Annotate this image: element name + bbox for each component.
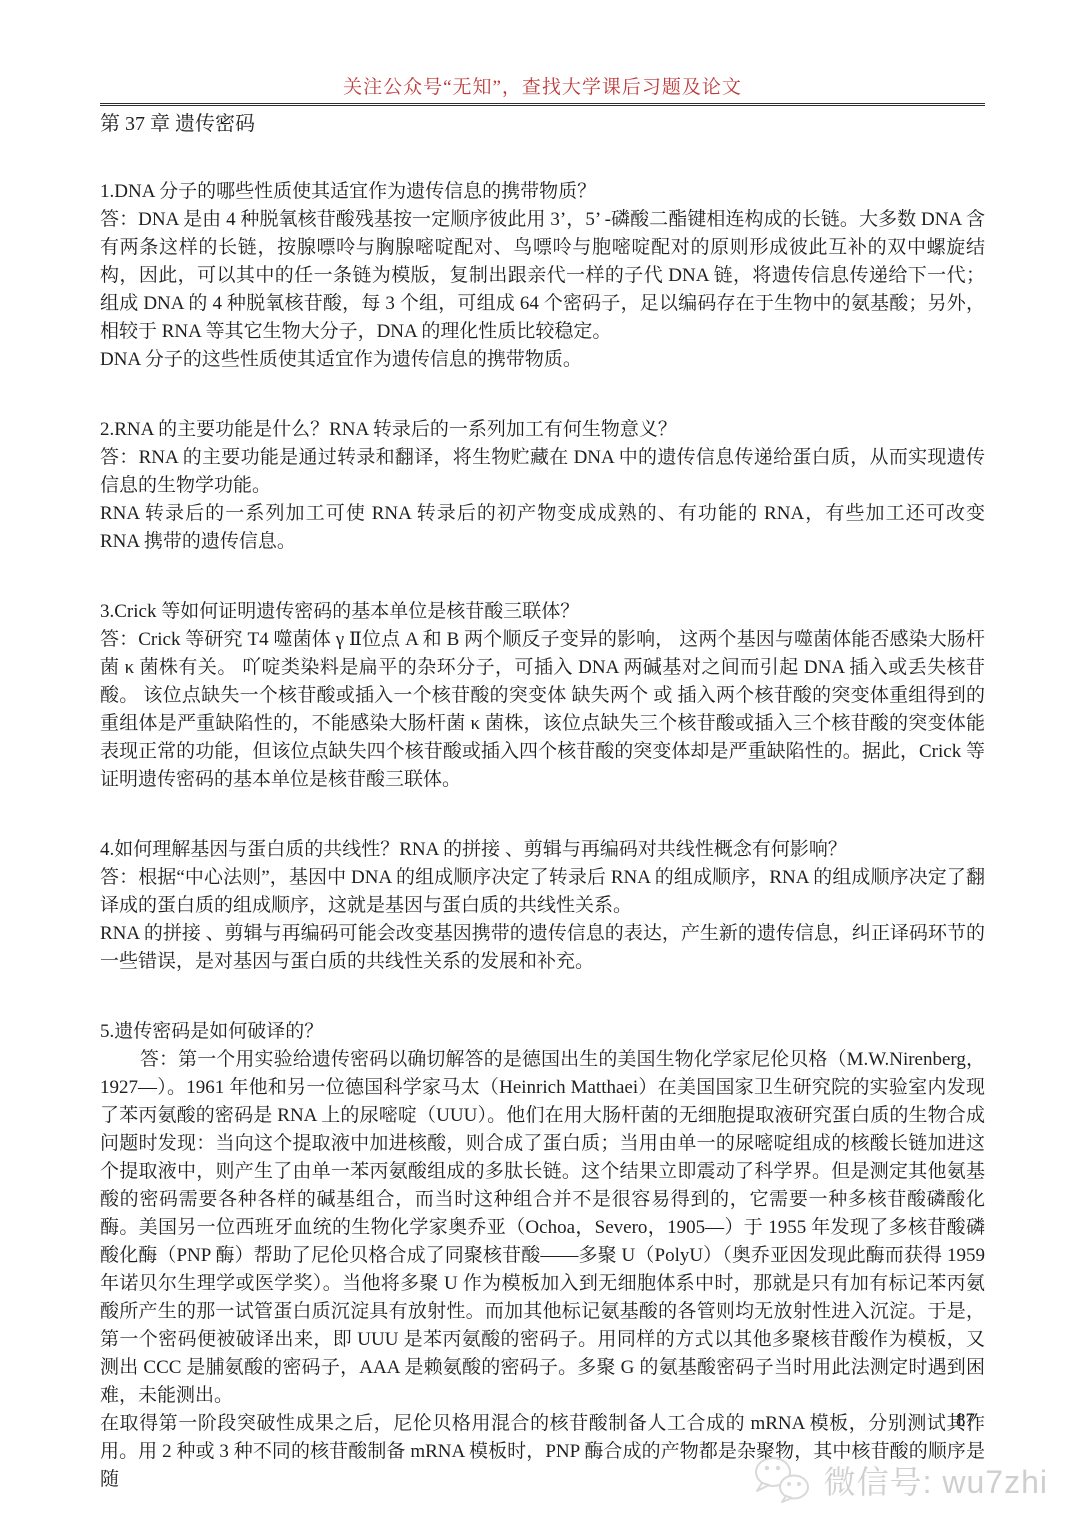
- question-4-answer-paragraph: RNA 的拼接 、剪辑与再编码可能会改变基因携带的遗传信息的表达，产生新的遗传信…: [100, 920, 985, 976]
- question-1-answer-paragraph: DNA 分子的这些性质使其适宜作为遗传信息的携带物质。: [100, 346, 985, 374]
- question-block-4: 4.如何理解基因与蛋白质的共线性？RNA 的拼接 、剪辑与再编码对共线性概念有何…: [100, 836, 985, 976]
- question-5-title: 5.遗传密码是如何破译的？: [100, 1018, 985, 1046]
- question-1-answer-paragraph: 答：DNA 是由 4 种脱氧核苷酸残基按一定顺序彼此用 3’，5’ -磷酸二酯键…: [100, 206, 985, 346]
- question-3-title: 3.Crick 等如何证明遗传密码的基本单位是核苷酸三联体？: [100, 598, 985, 626]
- header-notice: 关注公众号“无知”，查找大学课后习题及论文: [100, 76, 985, 100]
- question-block-1: 1.DNA 分子的哪些性质使其适宜作为遗传信息的携带物质？ 答：DNA 是由 4…: [100, 178, 985, 374]
- chapter-title: 第 37 章 遗传密码: [100, 110, 985, 138]
- question-4-answer-paragraph: 答：根据“中心法则”，基因中 DNA 的组成顺序决定了转录后 RNA 的组成顺序…: [100, 864, 985, 920]
- question-block-2: 2.RNA 的主要功能是什么？RNA 转录后的一系列加工有何生物意义？ 答：RN…: [100, 416, 985, 556]
- question-2-title: 2.RNA 的主要功能是什么？RNA 转录后的一系列加工有何生物意义？: [100, 416, 985, 444]
- question-block-5: 5.遗传密码是如何破译的？ 答：第一个用实验给遗传密码以确切解答的是德国出生的美…: [100, 1018, 985, 1494]
- header-rule: [100, 103, 985, 106]
- wechat-icon: [752, 1455, 814, 1505]
- content: 1.DNA 分子的哪些性质使其适宜作为遗传信息的携带物质？ 答：DNA 是由 4…: [100, 178, 985, 1494]
- page-number: 87: [956, 1410, 975, 1432]
- question-3-answer-paragraph: 答：Crick 等研究 T4 噬菌体 γ Ⅱ位点 A 和 B 两个顺反子变异的影…: [100, 626, 985, 794]
- question-2-answer-paragraph: RNA 转录后的一系列加工可使 RNA 转录后的初产物变成成熟的、有功能的 RN…: [100, 500, 985, 556]
- question-2-answer-paragraph: 答：RNA 的主要功能是通过转录和翻译，将生物贮藏在 DNA 中的遗传信息传递给…: [100, 444, 985, 500]
- watermark-label: 微信号: wu7zhi: [824, 1457, 1048, 1503]
- question-4-title: 4.如何理解基因与蛋白质的共线性？RNA 的拼接 、剪辑与再编码对共线性概念有何…: [100, 836, 985, 864]
- question-5-answer-paragraph: 答：第一个用实验给遗传密码以确切解答的是德国出生的美国生物化学家尼伦贝格（M.W…: [100, 1046, 985, 1410]
- question-1-title: 1.DNA 分子的哪些性质使其适宜作为遗传信息的携带物质？: [100, 178, 985, 206]
- question-block-3: 3.Crick 等如何证明遗传密码的基本单位是核苷酸三联体？ 答：Crick 等…: [100, 598, 985, 794]
- watermark: 微信号: wu7zhi: [752, 1455, 1048, 1505]
- document-page: 关注公众号“无知”，查找大学课后习题及论文 第 37 章 遗传密码 1.DNA …: [0, 0, 1080, 1527]
